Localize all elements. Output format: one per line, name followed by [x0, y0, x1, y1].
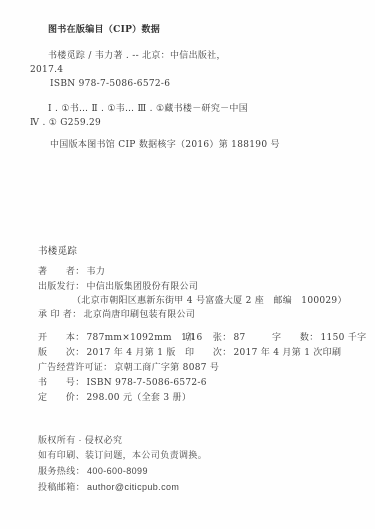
- book-number-value: ISBN 978-7-5086-6572-6: [87, 378, 207, 389]
- printer-row: 承 印 者： 北京尚唐印刷包装有限公司: [38, 310, 195, 321]
- ad-license-label: 广告经营许可证：: [38, 363, 112, 374]
- format-label: 开 本：: [38, 333, 85, 344]
- book-number-label: 书 号：: [38, 378, 85, 389]
- submission-email-value: author@citicpub.com: [87, 482, 179, 493]
- impression-label: 印 次：: [185, 348, 232, 359]
- cip-bibliographic-line-1: 书楼觅踪 / 韦力著 . -- 北京：中信出版社，: [48, 51, 226, 62]
- edition-label: 版 次：: [38, 348, 85, 359]
- edition-value: 2017 年 4 月第 1 版: [87, 348, 176, 359]
- publisher-row: 出版发行： 中信出版集团股份有限公司: [38, 282, 198, 293]
- printer-value: 北京尚唐印刷包装有限公司: [84, 310, 196, 321]
- word-count-value: 1150 千字: [321, 333, 367, 344]
- word-count-label: 字 数：: [272, 333, 319, 344]
- edition-row: 版 次： 2017 年 4 月第 1 版: [38, 348, 176, 359]
- author-label: 著 者：: [38, 267, 85, 278]
- exchange-notice: 如有印刷、装订问题，本公司负责调换。: [38, 450, 207, 461]
- sheets-row: 印 张： 87: [185, 333, 246, 344]
- impression-value: 2017 年 4 月第 1 次印刷: [234, 348, 342, 359]
- format-row: 开 本： 787mm×1092mm 1/16: [38, 333, 203, 344]
- cip-bibliographic-line-2: 2017.4: [30, 65, 63, 76]
- cip-isbn-line: ISBN 978-7-5086-6572-6: [50, 79, 170, 90]
- word-count-row: 字 数： 1150 千字: [272, 333, 366, 344]
- publisher-value: 中信出版集团股份有限公司: [87, 282, 199, 293]
- cip-heading: 图书在版编目（CIP）数据: [48, 25, 160, 36]
- service-hotline-label: 服务热线：: [38, 466, 85, 477]
- book-number-row: 书 号： ISBN 978-7-5086-6572-6: [38, 378, 207, 389]
- sheets-label: 印 张：: [185, 333, 232, 344]
- author-row: 著 者： 韦力: [38, 267, 105, 278]
- author-value: 韦力: [87, 267, 106, 278]
- cip-core-number: 中国版本图书馆 CIP 数据核字（2016）第 188190 号: [50, 140, 280, 151]
- book-title: 书楼觅踪: [38, 246, 77, 257]
- service-hotline-row: 服务热线： 400-600-8099: [38, 466, 148, 477]
- copyright-page: 图书在版编目（CIP）数据 书楼觅踪 / 韦力著 . -- 北京：中信出版社， …: [0, 0, 375, 529]
- cip-classification-line-2: Ⅳ . ① G259.29: [30, 118, 101, 129]
- price-row: 定 价： 298.00 元（全套 3 册）: [38, 393, 191, 404]
- submission-email-row: 投稿邮箱： author@citicpub.com: [38, 482, 179, 493]
- publisher-label: 出版发行：: [38, 282, 85, 293]
- submission-email-label: 投稿邮箱：: [38, 482, 85, 493]
- cip-classification-line-1: Ⅰ . ①书… Ⅱ . ①韦… Ⅲ . ①藏书楼－研究－中国: [48, 104, 248, 115]
- copyright-notice: 版权所有 · 侵权必究: [38, 435, 122, 446]
- ad-license-value: 京朝工商广字第 8087 号: [114, 363, 219, 374]
- price-value: 298.00 元（全套 3 册）: [87, 393, 192, 404]
- sheets-value: 87: [234, 333, 246, 344]
- impression-row: 印 次： 2017 年 4 月第 1 次印刷: [185, 348, 341, 359]
- ad-license-row: 广告经营许可证： 京朝工商广字第 8087 号: [38, 363, 219, 374]
- service-hotline-value: 400-600-8099: [87, 466, 148, 477]
- printer-label: 承 印 者：: [38, 310, 82, 321]
- publisher-address: （北京市朝阳区惠新东街甲 4 号富盛大厦 2 座 邮编 100029）: [72, 296, 347, 307]
- price-label: 定 价：: [38, 393, 85, 404]
